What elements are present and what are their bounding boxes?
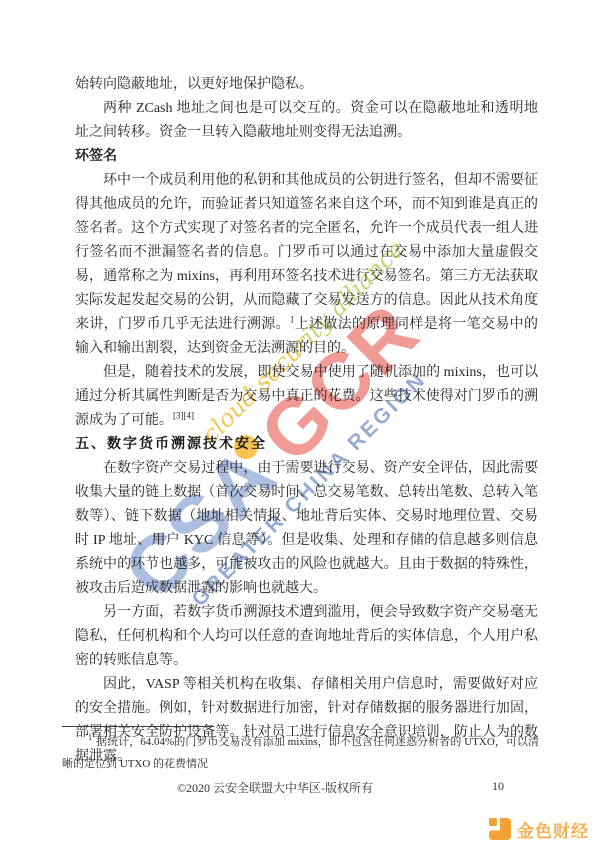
citation-reference-3-4: [3][4] [173, 410, 194, 420]
page-number: 10 [492, 779, 504, 794]
paragraph-privacy-risk: 另一方面，若数字货币溯源技术遭到滥用，便会导致数字资产交易毫无隐私，任何机构和个… [75, 601, 538, 673]
document-page: cloud security alliance CSA GCR GREATER … [0, 0, 600, 848]
section-heading-5: 五、数字货币溯源技术安全 [75, 433, 538, 457]
footnote-block: 1据统计，64.04%的门罗币交易没有添加 mixins，即不包含任何迷惑分析者… [62, 726, 539, 775]
footnote-divider [62, 726, 214, 727]
paragraph-zcash: 两种 ZCash 地址之间也是可以交互的。资金可以在隐蔽地址和透明地址之间转移。… [75, 97, 538, 145]
paragraph-data-collection: 在数字资产交易过程中，由于需要进行交易、资产安全评估，因此需要收集大量的链上数据… [75, 457, 538, 601]
jinse-finance-logo: 金色财经 [489, 817, 589, 841]
jinse-logo-text: 金色财经 [517, 817, 589, 842]
paragraph-continuation: 始转向隐蔽地址，以更好地保护隐私。 [75, 73, 538, 97]
paragraph-mixins-text: 但是，随着技术的发展，即使交易中使用了随机添加的 mixins，也可以通过分析其… [75, 365, 538, 428]
jinse-j-icon [489, 818, 511, 840]
footer-copyright: ©2020 云安全联盟大中华区-版权所有 [75, 779, 475, 796]
footnote-marker: 1 [88, 733, 92, 742]
paragraph-ring-part1: 环中一个成员利用他的私钥和其他成员的公钥进行签名，但却不需要征得其他成员的允许，… [75, 173, 538, 332]
subheading-ring-signature: 环签名 [75, 145, 538, 169]
footnote-body: 据统计，64.04%的门罗币交易没有添加 mixins，即不包含任何迷惑分析者的… [62, 736, 539, 770]
text-column: 始转向隐蔽地址，以更好地保护隐私。 两种 ZCash 地址之间也是可以交互的。资… [75, 0, 538, 769]
footnote-text: 1据统计，64.04%的门罗币交易没有添加 mixins，即不包含任何迷惑分析者… [62, 731, 539, 775]
paragraph-ring-signature-detail: 环中一个成员利用他的私钥和其他成员的公钥进行签名，但却不需要征得其他成员的允许，… [75, 169, 538, 361]
paragraph-mixins-analysis: 但是，随着技术的发展，即使交易中使用了随机添加的 mixins，也可以通过分析其… [75, 361, 538, 433]
